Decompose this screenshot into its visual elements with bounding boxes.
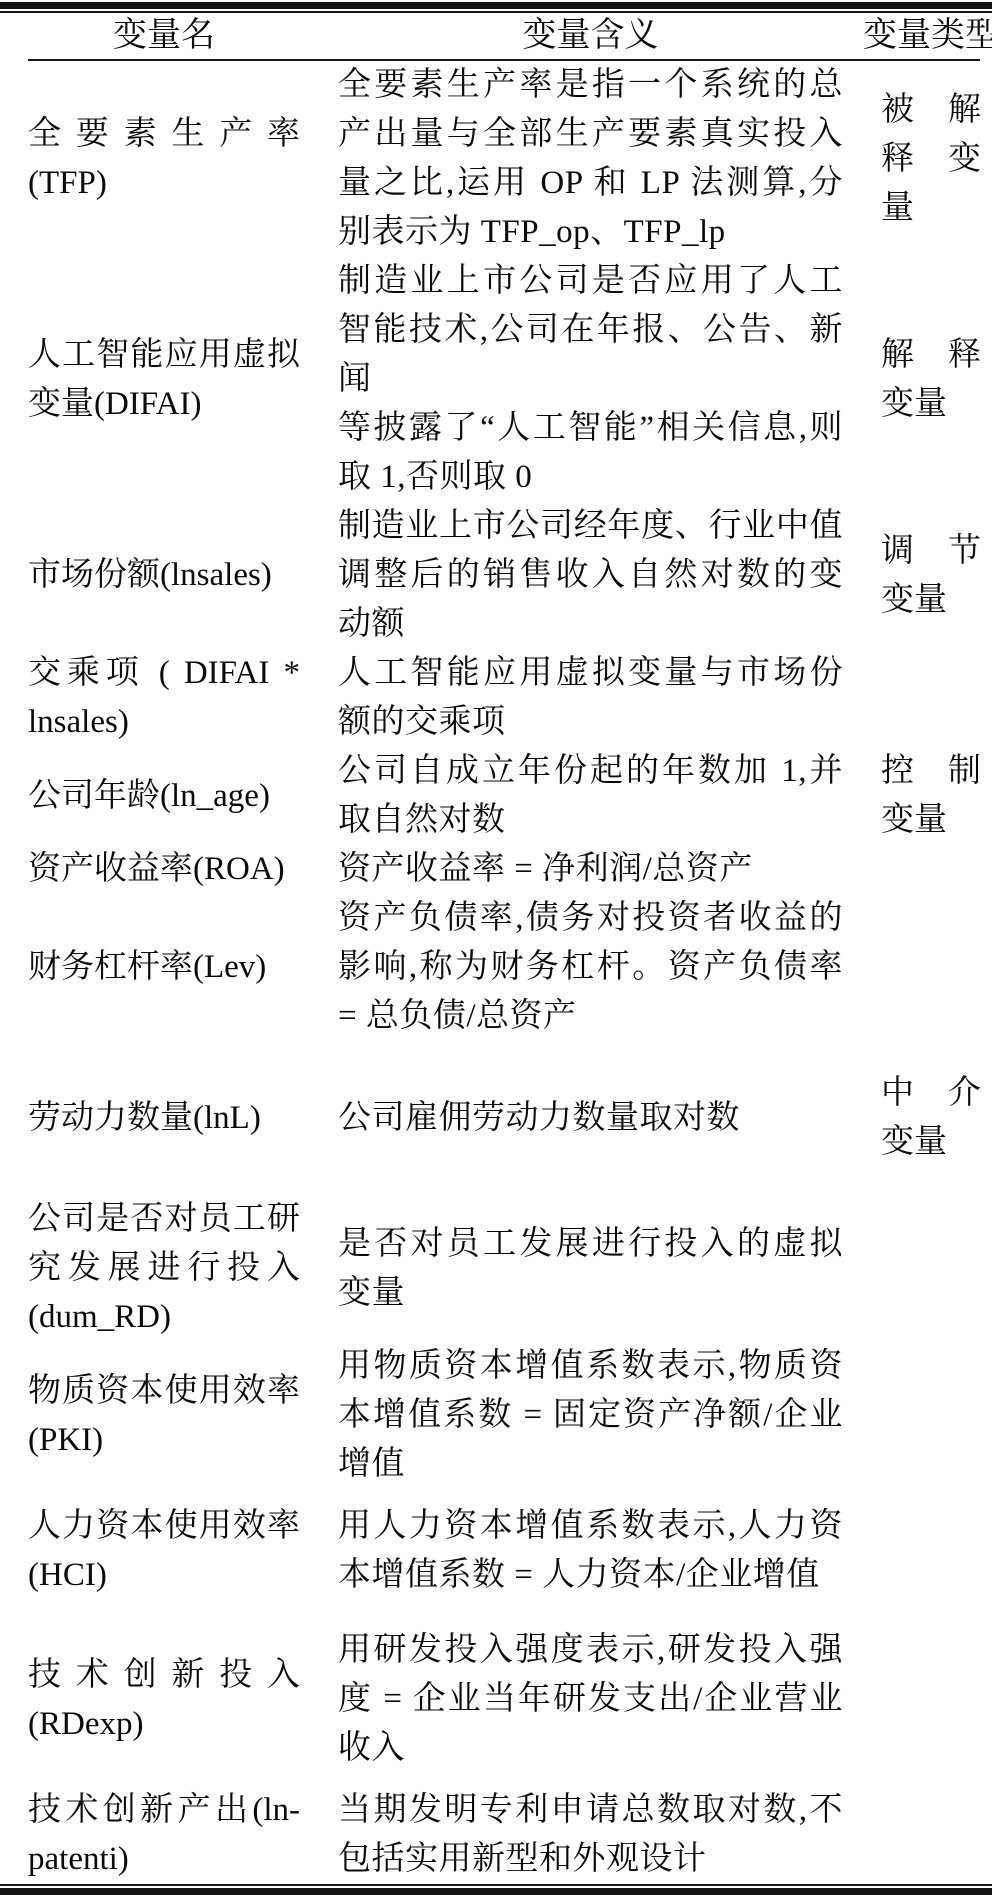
variable-meaning-cell: 制造业上市公司是否应用了人工智能技术,公司在年报、公告、新闻等披露了“人工智能”…	[338, 257, 843, 502]
table-row: 市场份额(lnsales)制造业上市公司经年度、行业中值调整后的销售收入自然对数…	[28, 502, 980, 649]
text-line: 释变	[881, 135, 981, 184]
variable-meaning-cell: 资产负债率,债务对投资者收益的影响,称为财务杠杆。资产负债率= 总负债/总资产	[338, 894, 843, 1041]
table-row: 资产收益率(ROA)资产收益率 = 净利润/总资产	[28, 845, 980, 894]
text-line: 人工智能应用虚拟	[28, 331, 300, 380]
table-row: 交乘项 ( DIFAI *lnsales)人工智能应用虚拟变量与市场份额的交乘项	[28, 649, 980, 747]
text-line: 全要素生产率	[28, 110, 300, 159]
text-line: 制造业上市公司是否应用了人工	[338, 257, 843, 306]
text-line: 等披露了“人工智能”相关信息,则	[338, 404, 843, 453]
text-line: (dum_RD)	[28, 1293, 300, 1342]
table-header-row: 变量名 变量含义 变量类型	[28, 13, 980, 59]
text-line: 增值	[338, 1440, 843, 1489]
text-line: 中介	[881, 1069, 981, 1118]
text-line: 人工智能应用虚拟变量与市场份	[338, 649, 843, 698]
text-line: (HCI)	[28, 1551, 300, 1600]
variable-meaning-cell: 用人力资本增值系数表示,人力资本增值系数 = 人力资本/企业增值	[338, 1502, 843, 1600]
text-line: 被解	[881, 86, 981, 135]
variable-name-cell: 技术创新产出(ln-patenti)	[28, 1786, 300, 1884]
text-line: (TFP)	[28, 159, 300, 208]
text-line: 额的交乘项	[338, 698, 843, 747]
text-line: 交乘项 ( DIFAI *	[28, 649, 300, 698]
text-line: 解释	[881, 331, 981, 380]
text-line: 变量	[881, 576, 981, 625]
column-header-variable-type: 变量类型	[863, 13, 992, 59]
text-line: 是否对员工发展进行投入的虚拟	[338, 1220, 843, 1269]
text-line: 技术创新产出(ln-	[28, 1786, 300, 1835]
text-line: 资产收益率(ROA)	[28, 845, 300, 894]
variable-meaning-cell: 公司雇佣劳动力数量取对数	[338, 1094, 843, 1143]
text-line: 量	[881, 184, 981, 233]
variable-meaning-cell: 是否对员工发展进行投入的虚拟变量	[338, 1220, 843, 1318]
table-row: 物质资本使用效率(PKI)用物质资本增值系数表示,物质资本增值系数 = 固定资产…	[28, 1342, 980, 1489]
variable-name-cell: 人工智能应用虚拟变量(DIFAI)	[28, 331, 300, 429]
table-top-thick-rule	[0, 2, 992, 9]
text-line: 本增值系数 = 人力资本/企业增值	[338, 1551, 843, 1600]
variable-name-cell: 全要素生产率(TFP)	[28, 110, 300, 208]
variable-name-cell: 交乘项 ( DIFAI *lnsales)	[28, 649, 300, 747]
text-line: patenti)	[28, 1835, 300, 1884]
text-line: (RDexp)	[28, 1700, 300, 1749]
variable-meaning-cell: 用研发投入强度表示,研发投入强度 = 企业当年研发支出/企业营业收入	[338, 1626, 843, 1773]
variable-name-cell: 物质资本使用效率(PKI)	[28, 1367, 300, 1465]
table-row: 全要素生产率(TFP)全要素生产率是指一个系统的总产出量与全部生产要素真实投入量…	[28, 61, 980, 257]
text-line: (PKI)	[28, 1416, 300, 1465]
variable-meaning-cell: 公司自成立年份起的年数加 1,并取自然对数	[338, 747, 843, 845]
text-line: 公司自成立年份起的年数加 1,并	[338, 747, 843, 796]
text-line: 变量	[881, 380, 981, 429]
text-line: 公司雇佣劳动力数量取对数	[338, 1094, 843, 1143]
variable-type-cell: 控制变量	[881, 747, 981, 845]
table-row: 劳动力数量(lnL)公司雇佣劳动力数量取对数中介变量	[28, 1041, 980, 1195]
text-line: 变量	[881, 796, 981, 845]
variable-type-cell: 中介变量	[881, 1069, 981, 1167]
variable-name-cell: 人力资本使用效率(HCI)	[28, 1502, 300, 1600]
text-line: 变量(DIFAI)	[28, 380, 300, 429]
text-line: 公司年龄(ln_age)	[28, 772, 300, 821]
variable-meaning-cell: 制造业上市公司经年度、行业中值调整后的销售收入自然对数的变动额	[338, 502, 843, 649]
text-line: 物质资本使用效率	[28, 1367, 300, 1416]
text-line: 别表示为 TFP_op、TFP_lp	[338, 208, 843, 257]
text-line: 资产负债率,债务对投资者收益的	[338, 894, 843, 943]
text-line: 技术创新投入	[28, 1651, 300, 1700]
text-line: 调节	[881, 527, 981, 576]
text-line: 度 = 企业当年研发支出/企业营业	[338, 1675, 843, 1724]
text-line: 影响,称为财务杠杆。资产负债率	[338, 943, 843, 992]
text-line: 全要素生产率是指一个系统的总	[338, 61, 843, 110]
table-row: 财务杠杆率(Lev)资产负债率,债务对投资者收益的影响,称为财务杠杆。资产负债率…	[28, 894, 980, 1041]
text-line: = 总负债/总资产	[338, 992, 843, 1041]
text-line: 市场份额(lnsales)	[28, 551, 300, 600]
text-line: 人力资本使用效率	[28, 1502, 300, 1551]
variable-meaning-cell: 人工智能应用虚拟变量与市场份额的交乘项	[338, 649, 843, 747]
text-line: 财务杠杆率(Lev)	[28, 943, 300, 992]
text-line: 动额	[338, 600, 843, 649]
variable-name-cell: 公司年龄(ln_age)	[28, 772, 300, 821]
text-line: 取 1,否则取 0	[338, 453, 843, 502]
variable-name-cell: 劳动力数量(lnL)	[28, 1094, 300, 1143]
table-row: 人工智能应用虚拟变量(DIFAI)制造业上市公司是否应用了人工智能技术,公司在年…	[28, 257, 980, 502]
text-line: 劳动力数量(lnL)	[28, 1094, 300, 1143]
text-line: 收入	[338, 1724, 843, 1773]
variable-type-cell: 被解释变量	[881, 86, 981, 233]
text-line: 资产收益率 = 净利润/总资产	[338, 845, 843, 894]
text-line: 究发展进行投入	[28, 1244, 300, 1293]
table-row: 公司年龄(ln_age)公司自成立年份起的年数加 1,并取自然对数控制变量	[28, 747, 980, 845]
text-line: 用物质资本增值系数表示,物质资	[338, 1342, 843, 1391]
table-row: 技术创新产出(ln-patenti)当期发明专利申请总数取对数,不包括实用新型和…	[28, 1786, 980, 1884]
variable-meaning-cell: 用物质资本增值系数表示,物质资本增值系数 = 固定资产净额/企业增值	[338, 1342, 843, 1489]
variable-name-cell: 资产收益率(ROA)	[28, 845, 300, 894]
variable-name-cell: 市场份额(lnsales)	[28, 551, 300, 600]
table-row: 人力资本使用效率(HCI)用人力资本增值系数表示,人力资本增值系数 = 人力资本…	[28, 1489, 980, 1613]
variable-type-cell: 调节变量	[881, 527, 981, 625]
text-line: lnsales)	[28, 698, 300, 747]
text-line: 用研发投入强度表示,研发投入强	[338, 1626, 843, 1675]
text-line: 智能技术,公司在年报、公告、新闻	[338, 306, 843, 404]
text-line: 取自然对数	[338, 796, 843, 845]
text-line: 本增值系数 = 固定资产净额/企业	[338, 1391, 843, 1440]
variable-meaning-cell: 资产收益率 = 净利润/总资产	[338, 845, 843, 894]
variable-type-cell: 解释变量	[881, 331, 981, 429]
variable-meaning-cell: 全要素生产率是指一个系统的总产出量与全部生产要素真实投入量之比,运用 OP 和 …	[338, 61, 843, 257]
table-body: 全要素生产率(TFP)全要素生产率是指一个系统的总产出量与全部生产要素真实投入量…	[28, 61, 980, 1884]
text-line: 制造业上市公司经年度、行业中值	[338, 502, 843, 551]
variable-definition-table: 变量名 变量含义 变量类型 全要素生产率(TFP)全要素生产率是指一个系统的总产…	[0, 13, 992, 1884]
text-line: 当期发明专利申请总数取对数,不	[338, 1786, 843, 1835]
variable-name-cell: 技术创新投入(RDexp)	[28, 1651, 300, 1749]
text-line: 包括实用新型和外观设计	[338, 1835, 843, 1884]
text-line: 产出量与全部生产要素真实投入	[338, 110, 843, 159]
table-row: 技术创新投入(RDexp)用研发投入强度表示,研发投入强度 = 企业当年研发支出…	[28, 1613, 980, 1786]
paper-table-page: 变量名 变量含义 变量类型 全要素生产率(TFP)全要素生产率是指一个系统的总产…	[0, 0, 992, 1895]
text-line: 调整后的销售收入自然对数的变	[338, 551, 843, 600]
column-header-variable-meaning: 变量含义	[523, 13, 659, 59]
variable-name-cell: 财务杠杆率(Lev)	[28, 943, 300, 992]
text-line: 控制	[881, 747, 981, 796]
variable-meaning-cell: 当期发明专利申请总数取对数,不包括实用新型和外观设计	[338, 1786, 843, 1884]
column-header-variable-name: 变量名	[113, 13, 215, 59]
table-row: 公司是否对员工研究发展进行投入(dum_RD)是否对员工发展进行投入的虚拟变量	[28, 1195, 980, 1342]
table-bottom-thick-rule	[0, 1888, 992, 1895]
text-line: 用人力资本增值系数表示,人力资	[338, 1502, 843, 1551]
text-line: 量之比,运用 OP 和 LP 法测算,分	[338, 159, 843, 208]
text-line: 公司是否对员工研	[28, 1195, 300, 1244]
text-line: 变量	[338, 1269, 843, 1318]
text-line: 变量	[881, 1118, 981, 1167]
variable-name-cell: 公司是否对员工研究发展进行投入(dum_RD)	[28, 1195, 300, 1342]
